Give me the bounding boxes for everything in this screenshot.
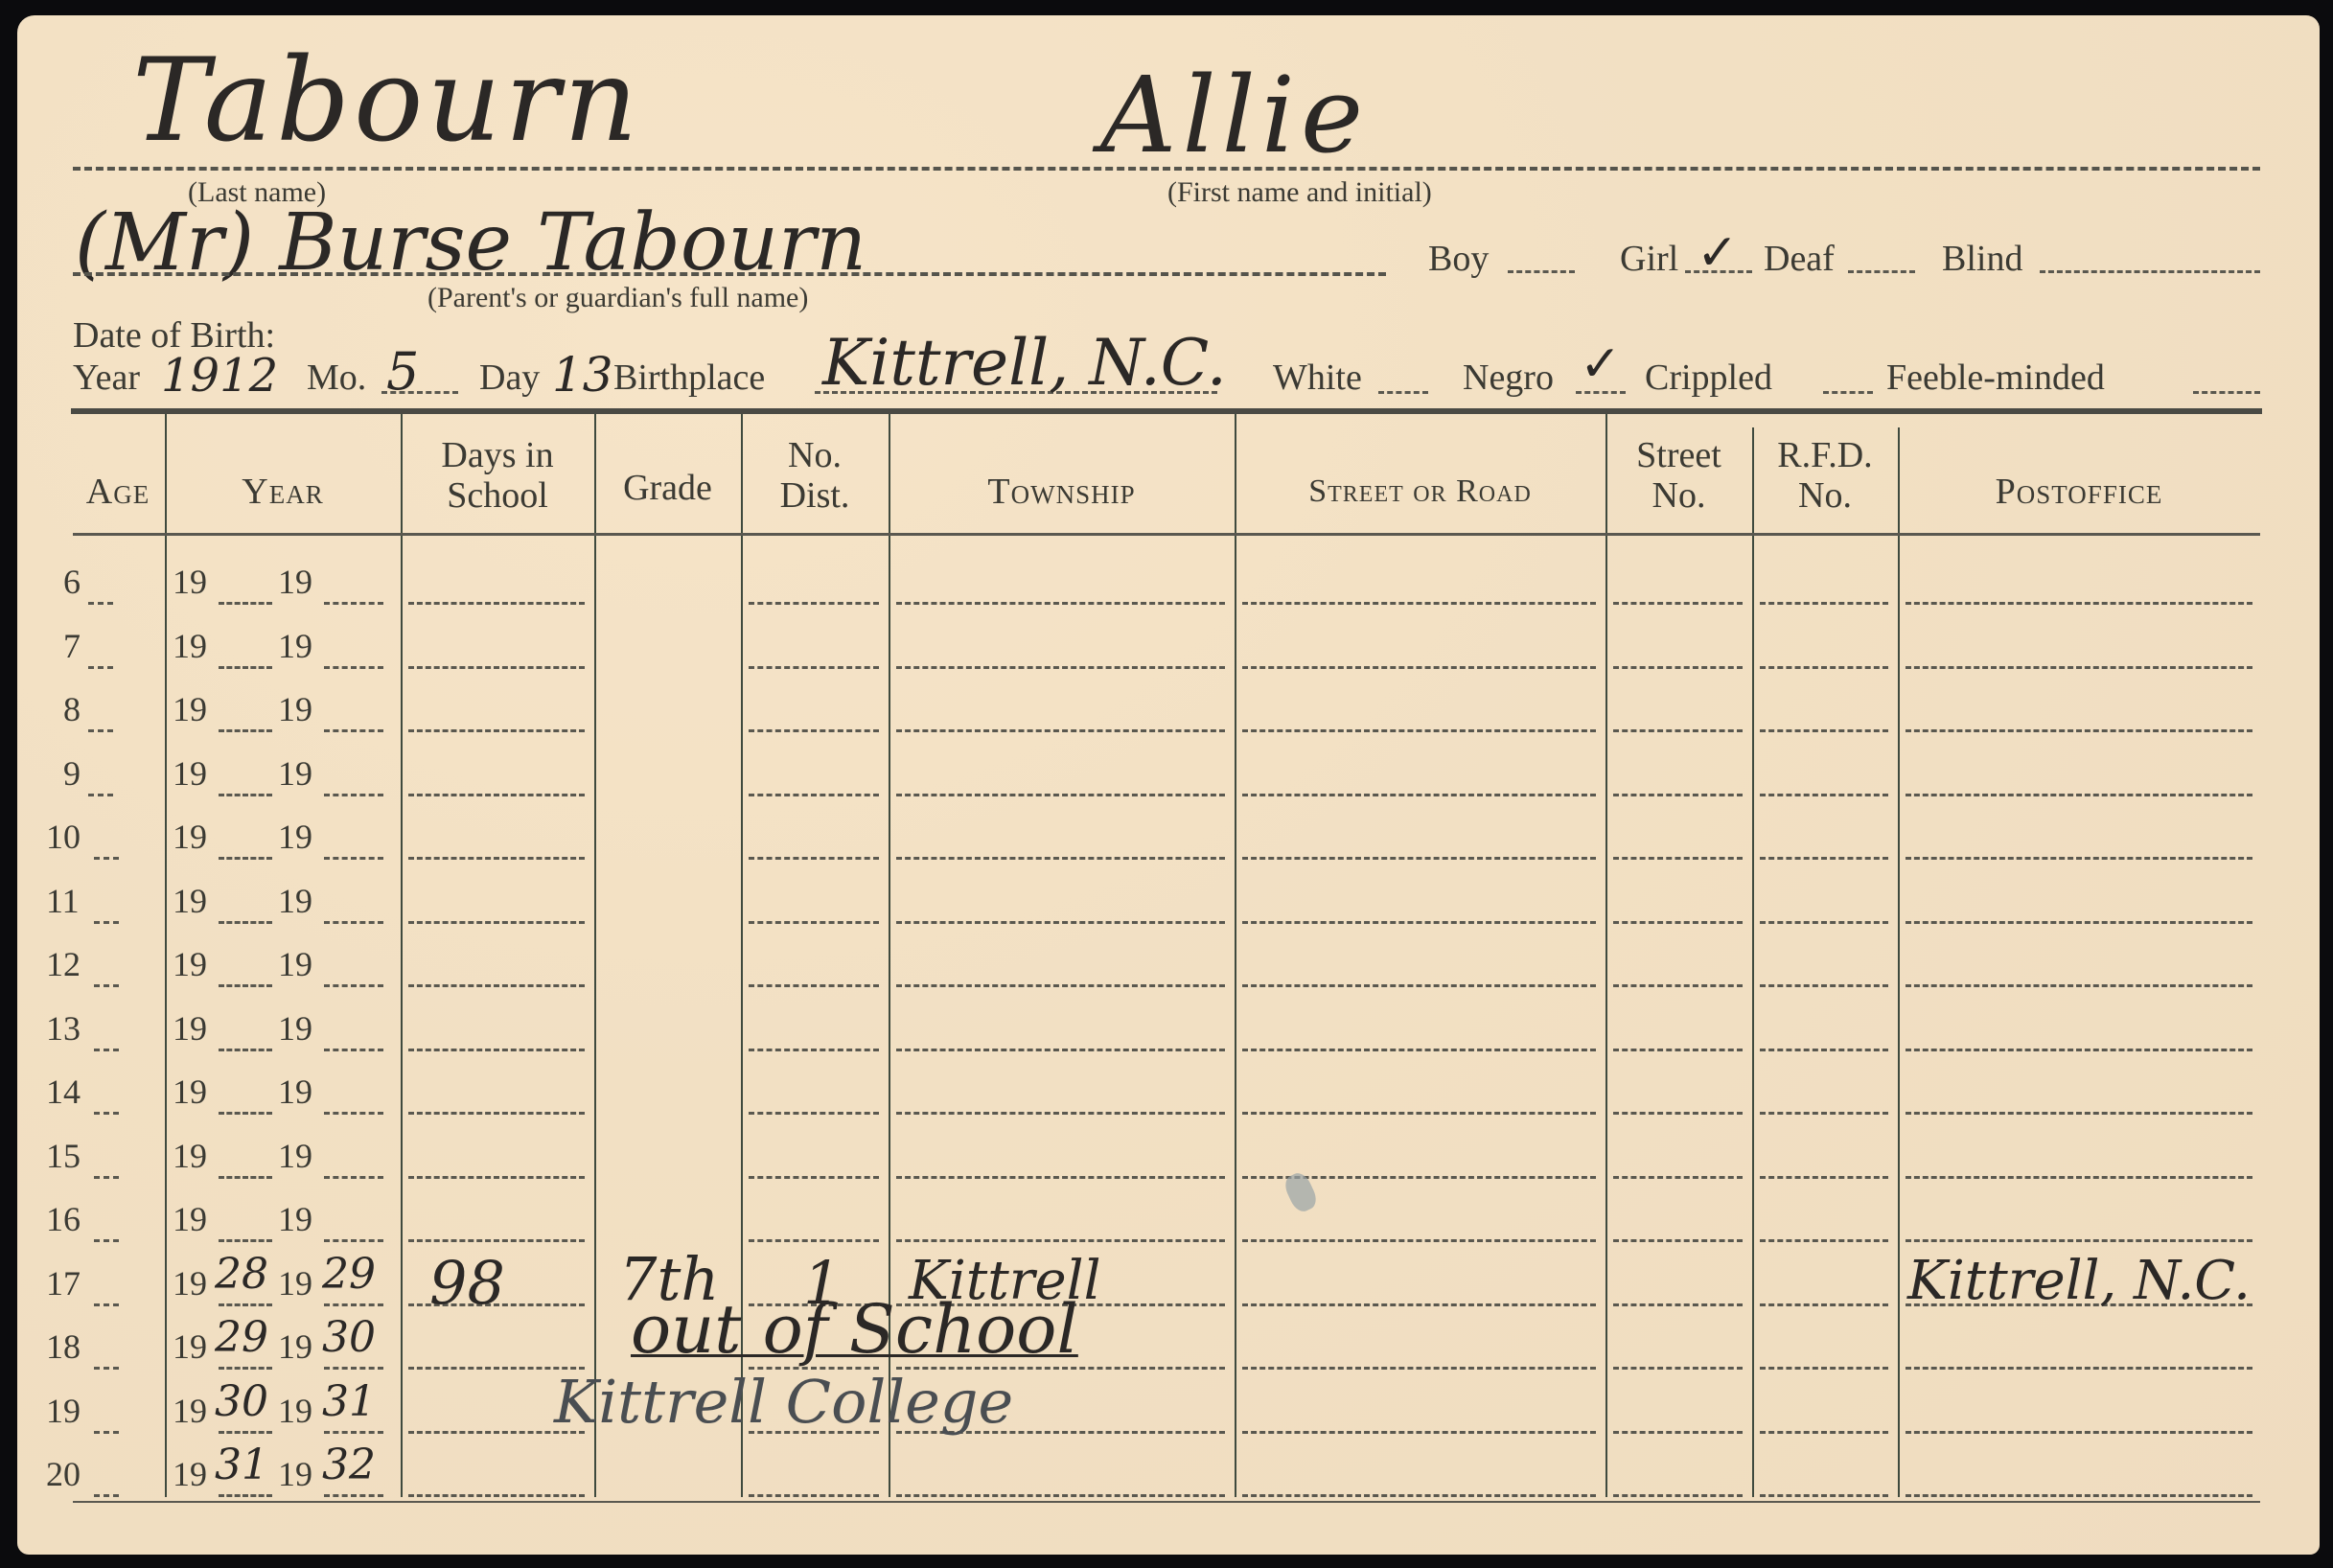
- row-cell-field[interactable]: [749, 1049, 879, 1051]
- col-divider: [165, 414, 167, 1497]
- header-days-line1: Days in: [401, 435, 594, 475]
- row-cell-field[interactable]: [408, 729, 585, 732]
- col-divider: [1898, 427, 1900, 1497]
- row-cell-field[interactable]: [1242, 921, 1596, 924]
- birth-day-value: 13: [552, 347, 613, 403]
- row-year-start-field[interactable]: [219, 794, 272, 796]
- white-label: White: [1273, 357, 1362, 399]
- row-year-start-field[interactable]: [219, 921, 272, 924]
- feeble-minded-field[interactable]: [2193, 391, 2260, 394]
- row-age: 9: [63, 753, 81, 794]
- row-year-end-value: 32: [322, 1441, 376, 1489]
- row-year-end-prefix: 19: [278, 817, 312, 857]
- month-label: Mo.: [307, 357, 366, 399]
- row-age-dash: [94, 921, 119, 924]
- row-year-end-field[interactable]: [324, 1303, 383, 1306]
- row-cell-field[interactable]: [408, 666, 585, 669]
- header-street-no: Street No.: [1605, 435, 1752, 516]
- row-cell-field[interactable]: [1906, 857, 2252, 860]
- row-age: 15: [46, 1136, 81, 1176]
- row-year-end-value: 29: [322, 1250, 376, 1299]
- row-cell-field[interactable]: [1242, 1494, 1596, 1497]
- name-line: [73, 167, 2260, 171]
- row-cell-field[interactable]: [1613, 1303, 1743, 1306]
- header-grade: Grade: [594, 468, 741, 508]
- row-cell-field[interactable]: [749, 1239, 879, 1242]
- header-township: Township: [889, 472, 1235, 512]
- row-cell-field[interactable]: [1613, 921, 1743, 924]
- row-year-start-field[interactable]: [219, 984, 272, 987]
- header-rfd-line1: R.F.D.: [1752, 435, 1898, 475]
- row-age-dash: [94, 1239, 119, 1242]
- row-cell-field[interactable]: [1242, 729, 1596, 732]
- row-year-end-field[interactable]: [324, 1494, 383, 1497]
- school-census-card: Tabourn Allie (Last name) (First name an…: [17, 15, 2320, 1555]
- header-street-no-line2: No.: [1605, 475, 1752, 516]
- row-cell-field[interactable]: [896, 602, 1225, 605]
- row-age: 13: [46, 1008, 81, 1049]
- boy-label: Boy: [1428, 238, 1489, 280]
- day-label: Day: [479, 357, 540, 399]
- row-cell-field[interactable]: [1760, 984, 1888, 987]
- row-cell-field[interactable]: [1613, 1049, 1743, 1051]
- row-cell-field[interactable]: [896, 984, 1225, 987]
- row-cell-field[interactable]: [1760, 1049, 1888, 1051]
- row-cell-field[interactable]: [1242, 1112, 1596, 1115]
- header-street-or-road: Street or Road: [1235, 472, 1605, 512]
- row-cell-field[interactable]: [408, 1049, 585, 1051]
- row-age-dash: [88, 794, 113, 796]
- row-year-end-value: 30: [322, 1313, 376, 1362]
- boy-field[interactable]: [1508, 270, 1575, 273]
- row-cell-field[interactable]: [1242, 984, 1596, 987]
- girl-label: Girl: [1620, 238, 1678, 280]
- blind-label: Blind: [1942, 238, 2022, 280]
- row-year-start-prefix: 19: [173, 562, 207, 602]
- col-divider: [1752, 427, 1754, 1497]
- row-year-start-field[interactable]: [219, 729, 272, 732]
- row-cell-field[interactable]: [749, 984, 879, 987]
- row-year-start-field[interactable]: [219, 1431, 272, 1434]
- row-cell-field[interactable]: [896, 1494, 1225, 1497]
- row-cell-field[interactable]: [896, 921, 1225, 924]
- row-year-start-prefix: 19: [173, 1199, 207, 1239]
- row-cell-field[interactable]: [749, 602, 879, 605]
- row-cell-field[interactable]: [1906, 1367, 2252, 1370]
- table-bottom-rule: [73, 1501, 2260, 1503]
- row-cell-field[interactable]: [1613, 794, 1743, 796]
- row-postoffice-value: Kittrell, N.C.: [1907, 1250, 2251, 1312]
- crippled-label: Crippled: [1645, 357, 1772, 399]
- row-cell-field[interactable]: [1242, 1303, 1596, 1306]
- row-year-end-prefix: 19: [278, 1326, 312, 1367]
- row-cell-field[interactable]: [1760, 1303, 1888, 1306]
- row-year-start-field[interactable]: [219, 1239, 272, 1242]
- header-days-in-school: Days in School: [401, 435, 594, 516]
- row-year-start-value: 31: [215, 1441, 268, 1489]
- row-cell-field[interactable]: [1906, 602, 2252, 605]
- row-year-start-prefix: 19: [173, 753, 207, 794]
- row-age-dash: [94, 1431, 119, 1434]
- row-cell-field[interactable]: [896, 794, 1225, 796]
- row-year-start-value: 30: [215, 1377, 268, 1426]
- row-age-dash: [88, 729, 113, 732]
- row-year-end-prefix: 19: [278, 1391, 312, 1431]
- row-year-end-prefix: 19: [278, 562, 312, 602]
- row-cell-field[interactable]: [896, 1049, 1225, 1051]
- header-dist-line1: No.: [741, 435, 889, 475]
- note-row-19: Kittrell College: [554, 1367, 1013, 1437]
- row-cell-field[interactable]: [1242, 1367, 1596, 1370]
- row-cell-field[interactable]: [1906, 1049, 2252, 1051]
- row-cell-field[interactable]: [1613, 984, 1743, 987]
- row-cell-field[interactable]: [1906, 794, 2252, 796]
- white-field[interactable]: [1378, 391, 1428, 394]
- row-cell-field[interactable]: [408, 921, 585, 924]
- row-year-end-field[interactable]: [324, 794, 383, 796]
- row-year-start-prefix: 19: [173, 1454, 207, 1494]
- row-year-start-field[interactable]: [219, 602, 272, 605]
- row-year-start-prefix: 19: [173, 1008, 207, 1049]
- row-cell-field[interactable]: [1760, 666, 1888, 669]
- blind-field[interactable]: [2040, 270, 2260, 273]
- row-year-start-field[interactable]: [219, 1049, 272, 1051]
- last-name-value: Tabourn: [132, 35, 641, 168]
- row-cell-field[interactable]: [1613, 1367, 1743, 1370]
- parent-name-label: (Parent's or guardian's full name): [427, 282, 808, 314]
- row-cell-field[interactable]: [1613, 857, 1743, 860]
- row-year-end-prefix: 19: [278, 1263, 312, 1303]
- row-age-dash: [94, 1049, 119, 1051]
- row-age-dash: [94, 857, 119, 860]
- row-cell-field[interactable]: [408, 1494, 585, 1497]
- row-cell-field[interactable]: [408, 1239, 585, 1242]
- row-days-value: 98: [429, 1248, 505, 1318]
- header-year: Year: [165, 472, 401, 512]
- row-cell-field[interactable]: [1613, 1112, 1743, 1115]
- row-year-start-prefix: 19: [173, 881, 207, 921]
- row-year-end-prefix: 19: [278, 881, 312, 921]
- row-year-start-prefix: 19: [173, 626, 207, 666]
- row-cell-field[interactable]: [749, 666, 879, 669]
- row-cell-field[interactable]: [1760, 857, 1888, 860]
- row-year-start-prefix: 19: [173, 1326, 207, 1367]
- row-age-dash: [94, 1176, 119, 1179]
- row-cell-field[interactable]: [749, 794, 879, 796]
- row-year-start-prefix: 19: [173, 1391, 207, 1431]
- birth-month-value: 5: [386, 341, 419, 402]
- row-year-start-prefix: 19: [173, 1136, 207, 1176]
- row-cell-field[interactable]: [1760, 1367, 1888, 1370]
- row-cell-field[interactable]: [749, 729, 879, 732]
- col-divider: [1235, 414, 1236, 1497]
- row-year-end-prefix: 19: [278, 689, 312, 729]
- deaf-field[interactable]: [1848, 270, 1915, 273]
- row-age-dash: [94, 1303, 119, 1306]
- row-cell-field[interactable]: [1760, 1431, 1888, 1434]
- row-cell-field[interactable]: [896, 666, 1225, 669]
- row-cell-field[interactable]: [896, 1112, 1225, 1115]
- header-dist-line2: Dist.: [741, 475, 889, 516]
- deaf-label: Deaf: [1764, 238, 1835, 280]
- row-cell-field[interactable]: [1242, 602, 1596, 605]
- row-year-end-field[interactable]: [324, 1431, 383, 1434]
- row-cell-field[interactable]: [408, 1112, 585, 1115]
- row-cell-field[interactable]: [1906, 921, 2252, 924]
- row-cell-field[interactable]: [1906, 1112, 2252, 1115]
- row-year-start-prefix: 19: [173, 1263, 207, 1303]
- row-cell-field[interactable]: [1613, 1239, 1743, 1242]
- row-cell-field[interactable]: [1906, 984, 2252, 987]
- row-cell-field[interactable]: [1760, 1239, 1888, 1242]
- row-year-start-prefix: 19: [173, 1072, 207, 1112]
- row-year-end-field[interactable]: [324, 984, 383, 987]
- row-year-start-field[interactable]: [219, 1494, 272, 1497]
- birthplace-value: Kittrell, N.C.: [822, 326, 1227, 400]
- row-cell-field[interactable]: [1613, 1176, 1743, 1179]
- row-age: 6: [63, 562, 81, 602]
- row-year-end-value: 31: [322, 1377, 376, 1426]
- row-year-start-value: 29: [215, 1313, 268, 1362]
- row-cell-field[interactable]: [749, 1112, 879, 1115]
- row-cell-field[interactable]: [1906, 1494, 2252, 1497]
- row-age: 7: [63, 626, 81, 666]
- row-cell-field[interactable]: [1242, 1431, 1596, 1434]
- header-no-dist: No. Dist.: [741, 435, 889, 516]
- row-year-end-prefix: 19: [278, 1454, 312, 1494]
- header-rfd-no: R.F.D. No.: [1752, 435, 1898, 516]
- row-age: 12: [46, 944, 81, 984]
- row-year-end-prefix: 19: [278, 1072, 312, 1112]
- row-year-start-value: 28: [215, 1250, 268, 1299]
- note-row-18: out of School: [631, 1290, 1078, 1369]
- row-age: 19: [46, 1391, 81, 1431]
- row-cell-field[interactable]: [1613, 602, 1743, 605]
- row-cell-field[interactable]: [408, 984, 585, 987]
- feeble-minded-label: Feeble-minded: [1886, 357, 2105, 399]
- row-cell-field[interactable]: [1760, 1176, 1888, 1179]
- row-cell-field[interactable]: [1760, 1494, 1888, 1497]
- row-cell-field[interactable]: [1906, 729, 2252, 732]
- row-age-dash: [94, 1367, 119, 1370]
- row-cell-field[interactable]: [1760, 794, 1888, 796]
- row-year-end-field[interactable]: [324, 666, 383, 669]
- girl-check-icon: ✓: [1697, 224, 1739, 282]
- row-cell-field[interactable]: [1760, 602, 1888, 605]
- row-cell-field[interactable]: [749, 857, 879, 860]
- row-year-start-field[interactable]: [219, 1367, 272, 1370]
- row-year-end-prefix: 19: [278, 1008, 312, 1049]
- row-year-end-field[interactable]: [324, 1049, 383, 1051]
- row-cell-field[interactable]: [1613, 666, 1743, 669]
- col-divider: [594, 414, 596, 1497]
- row-cell-field[interactable]: [1906, 1176, 2252, 1179]
- row-year-end-field[interactable]: [324, 857, 383, 860]
- col-divider: [1605, 414, 1607, 1497]
- row-year-start-prefix: 19: [173, 689, 207, 729]
- row-year-end-prefix: 19: [278, 753, 312, 794]
- parent-line: [73, 272, 1386, 276]
- header-postoffice: Postoffice: [1898, 472, 2260, 512]
- row-year-end-field[interactable]: [324, 1176, 383, 1179]
- row-age-dash: [94, 1494, 119, 1497]
- row-age: 17: [46, 1263, 81, 1303]
- row-cell-field[interactable]: [408, 857, 585, 860]
- crippled-field[interactable]: [1823, 391, 1873, 394]
- row-cell-field[interactable]: [1242, 1239, 1596, 1242]
- row-cell-field[interactable]: [1760, 921, 1888, 924]
- row-cell-field[interactable]: [1613, 1431, 1743, 1434]
- row-year-start-field[interactable]: [219, 666, 272, 669]
- negro-label: Negro: [1463, 357, 1554, 399]
- row-year-start-prefix: 19: [173, 817, 207, 857]
- row-cell-field[interactable]: [1906, 666, 2252, 669]
- row-age: 20: [46, 1454, 81, 1494]
- negro-check-icon: ✓: [1580, 335, 1622, 393]
- row-year-start-prefix: 19: [173, 944, 207, 984]
- header-age: Age: [71, 472, 165, 512]
- first-name-value: Allie: [1100, 54, 1369, 176]
- row-year-end-field[interactable]: [324, 1367, 383, 1370]
- table-top-rule: [71, 408, 2262, 414]
- birth-year-value: 1912: [161, 349, 278, 403]
- row-year-start-field[interactable]: [219, 1112, 272, 1115]
- row-year-end-field[interactable]: [324, 1112, 383, 1115]
- year-label: Year: [73, 357, 140, 399]
- row-year-end-field[interactable]: [324, 729, 383, 732]
- header-days-line2: School: [401, 475, 594, 516]
- header-rfd-line2: No.: [1752, 475, 1898, 516]
- row-cell-field[interactable]: [1242, 666, 1596, 669]
- row-cell-field[interactable]: [749, 1176, 879, 1179]
- row-cell-field[interactable]: [1760, 729, 1888, 732]
- col-divider: [401, 414, 403, 1497]
- row-cell-field[interactable]: [408, 1176, 585, 1179]
- row-age-dash: [94, 1112, 119, 1115]
- row-cell-field[interactable]: [749, 1494, 879, 1497]
- row-cell-field[interactable]: [1760, 1112, 1888, 1115]
- row-age: 10: [46, 817, 81, 857]
- row-year-end-field[interactable]: [324, 1239, 383, 1242]
- row-cell-field[interactable]: [1242, 857, 1596, 860]
- row-cell-field[interactable]: [1242, 794, 1596, 796]
- first-name-label: (First name and initial): [1167, 176, 1432, 209]
- row-cell-field[interactable]: [896, 1239, 1225, 1242]
- header-bottom-rule: [73, 533, 2260, 536]
- row-year-end-prefix: 19: [278, 1136, 312, 1176]
- row-cell-field[interactable]: [896, 729, 1225, 732]
- row-year-start-field[interactable]: [219, 857, 272, 860]
- header-street-no-line1: Street: [1605, 435, 1752, 475]
- row-age: 14: [46, 1072, 81, 1112]
- row-year-start-field[interactable]: [219, 1303, 272, 1306]
- row-cell-field[interactable]: [408, 794, 585, 796]
- row-cell-field[interactable]: [1613, 729, 1743, 732]
- row-year-start-field[interactable]: [219, 1176, 272, 1179]
- row-year-end-prefix: 19: [278, 944, 312, 984]
- row-cell-field[interactable]: [896, 857, 1225, 860]
- row-age: 8: [63, 689, 81, 729]
- row-cell-field[interactable]: [749, 921, 879, 924]
- row-cell-field[interactable]: [896, 1176, 1225, 1179]
- row-year-end-field[interactable]: [324, 921, 383, 924]
- row-cell-field[interactable]: [408, 602, 585, 605]
- row-age-dash: [94, 984, 119, 987]
- row-age-dash: [88, 602, 113, 605]
- row-cell-field[interactable]: [1242, 1049, 1596, 1051]
- birthplace-label: Birthplace: [613, 357, 765, 399]
- row-cell-field[interactable]: [1906, 1239, 2252, 1242]
- row-year-end-prefix: 19: [278, 626, 312, 666]
- row-cell-field[interactable]: [1613, 1494, 1743, 1497]
- row-age: 11: [46, 881, 80, 921]
- row-age: 16: [46, 1199, 81, 1239]
- row-year-end-field[interactable]: [324, 602, 383, 605]
- row-year-end-prefix: 19: [278, 1199, 312, 1239]
- row-age: 18: [46, 1326, 81, 1367]
- row-age-dash: [88, 666, 113, 669]
- row-cell-field[interactable]: [1906, 1431, 2252, 1434]
